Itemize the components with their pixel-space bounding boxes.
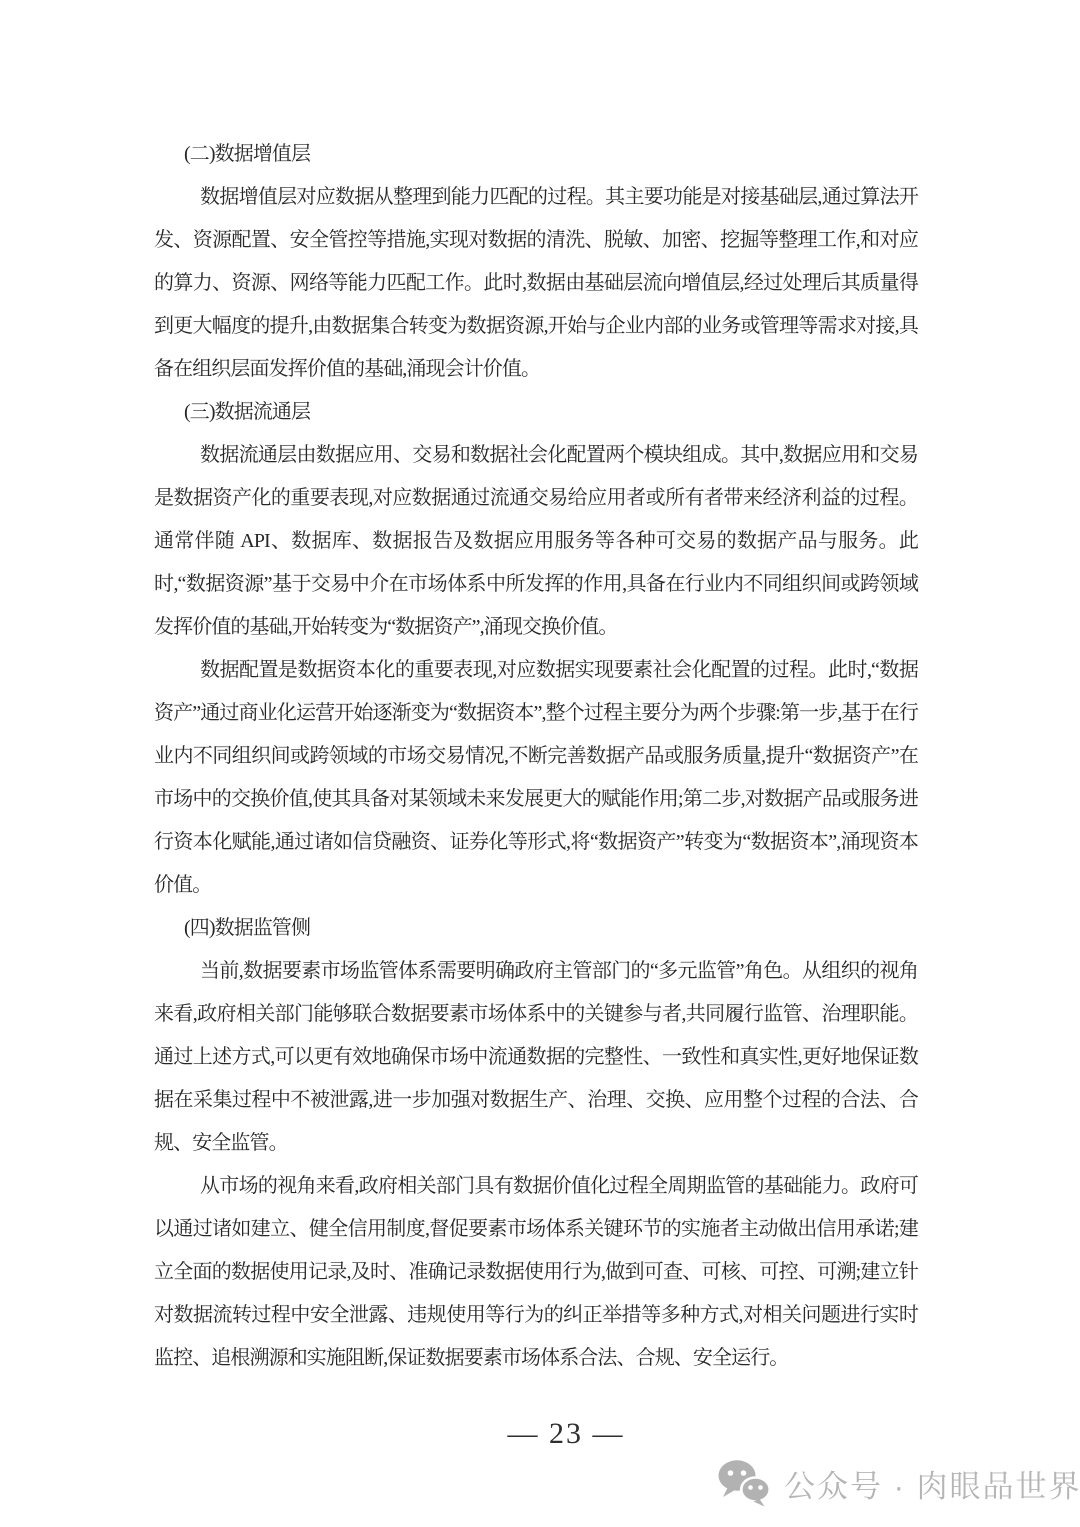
footer-label: 公众号 · 肉眼品世界 bbox=[784, 1461, 1080, 1506]
section-heading-4: (四)数据监管侧 bbox=[154, 907, 918, 950]
paragraph: 当前,数据要素市场监管体系需要明确政府主管部门的“多元监管”角色。从组织的视角来… bbox=[154, 950, 918, 1165]
section-heading-3: (三)数据流通层 bbox=[154, 391, 918, 434]
paragraph: 数据增值层对应数据从整理到能力匹配的过程。其主要功能是对接基础层,通过算法开发、… bbox=[154, 176, 918, 391]
section-heading-2: (二)数据增值层 bbox=[154, 133, 918, 176]
paragraph: 从市场的视角来看,政府相关部门具有数据价值化过程全周期监管的基础能力。政府可以通… bbox=[154, 1165, 918, 1380]
page-number: — 23 — bbox=[508, 1417, 625, 1451]
document-body: (二)数据增值层 数据增值层对应数据从整理到能力匹配的过程。其主要功能是对接基础… bbox=[154, 133, 918, 1380]
wechat-icon bbox=[716, 1459, 772, 1507]
wechat-footer: 公众号 · 肉眼品世界 bbox=[716, 1458, 1080, 1508]
paragraph: 数据流通层由数据应用、交易和数据社会化配置两个模块组成。其中,数据应用和交易是数… bbox=[154, 434, 918, 649]
document-page: (二)数据增值层 数据增值层对应数据从整理到能力匹配的过程。其主要功能是对接基础… bbox=[0, 0, 1080, 1527]
paragraph: 数据配置是数据资本化的重要表现,对应数据实现要素社会化配置的过程。此时,“数据资… bbox=[154, 649, 918, 907]
